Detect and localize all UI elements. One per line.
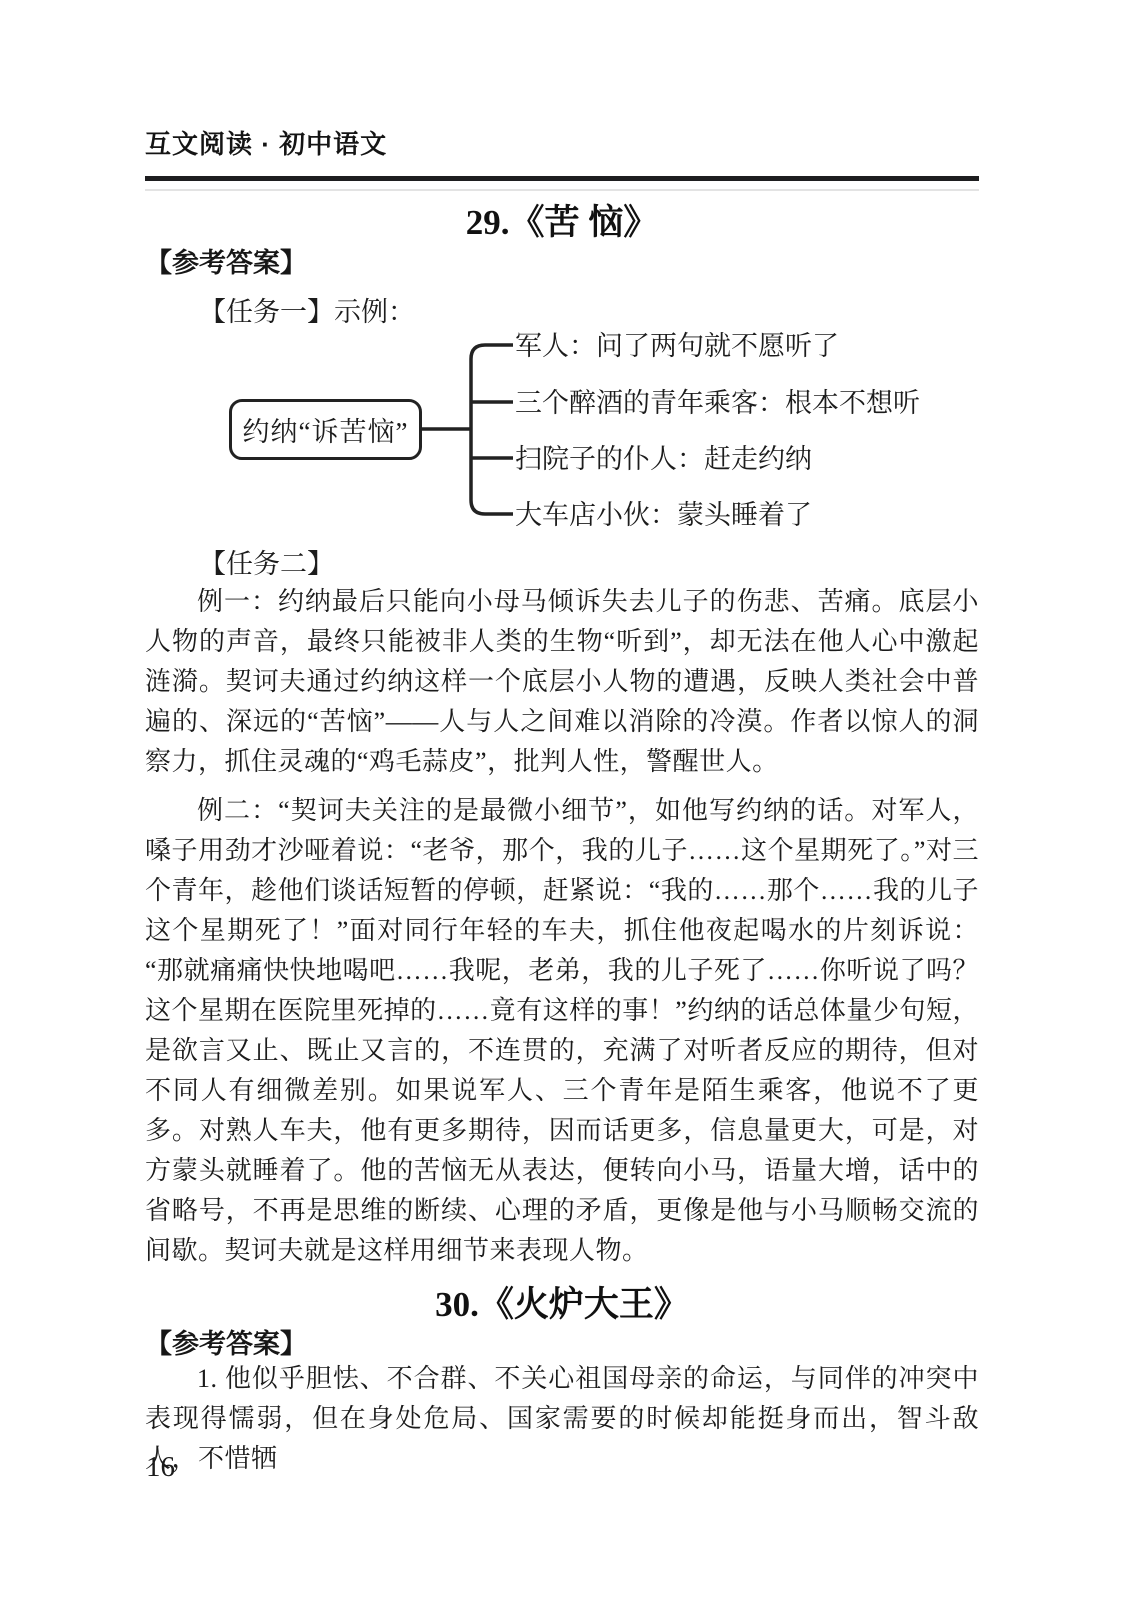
example-1-paragraph: 例一：约纳最后只能向小母马倾诉失去儿子的伤悲、苦痛。底层小人物的声音，最终只能被…: [145, 582, 979, 782]
task-2-label: 【任务二】: [199, 547, 334, 581]
example-2-paragraph: 例二：“契诃夫关注的是最微小细节”，如他写约纳的话。对军人，嗓子用劲才沙哑着说：…: [145, 791, 979, 1271]
diagram-root-node: 约纳“诉苦恼”: [229, 399, 422, 460]
page-number: 16: [146, 1450, 175, 1484]
lesson-30-answer-label: 【参考答案】: [145, 1328, 307, 1361]
header-rule-thin: [145, 189, 979, 191]
running-header: 互文阅读 · 初中语文: [145, 128, 387, 160]
diagram-branch-yard-servant: 扫院子的仆人：赶走约纳: [515, 444, 812, 474]
mind-map-diagram: 约纳“诉苦恼” 军人：问了两句就不愿听了 三个醉酒的青年乘客：根本不想听 扫院子…: [145, 330, 979, 540]
textbook-page: 互文阅读 · 初中语文 29.《苦 恼》 【参考答案】 【任务一】示例： 约纳“…: [0, 0, 1124, 1600]
lesson-29-answer-label: 【参考答案】: [145, 247, 307, 280]
header-rule-thick: [145, 176, 979, 181]
lesson-30-title: 30.《火炉大王》: [0, 1284, 1124, 1326]
diagram-branch-drunk-youths: 三个醉酒的青年乘客：根本不想听: [515, 388, 920, 418]
task-1-label: 【任务一】示例：: [199, 295, 415, 329]
lesson-29-title: 29.《苦 恼》: [0, 202, 1124, 244]
diagram-branch-inn-lad: 大车店小伙：蒙头睡着了: [515, 500, 812, 530]
lesson-30-answer-paragraph: 1. 他似乎胆怯、不合群、不关心祖国母亲的命运，与同伴的冲突中表现得懦弱，但在身…: [145, 1359, 979, 1479]
diagram-branch-soldier: 军人：问了两句就不愿听了: [515, 331, 839, 361]
